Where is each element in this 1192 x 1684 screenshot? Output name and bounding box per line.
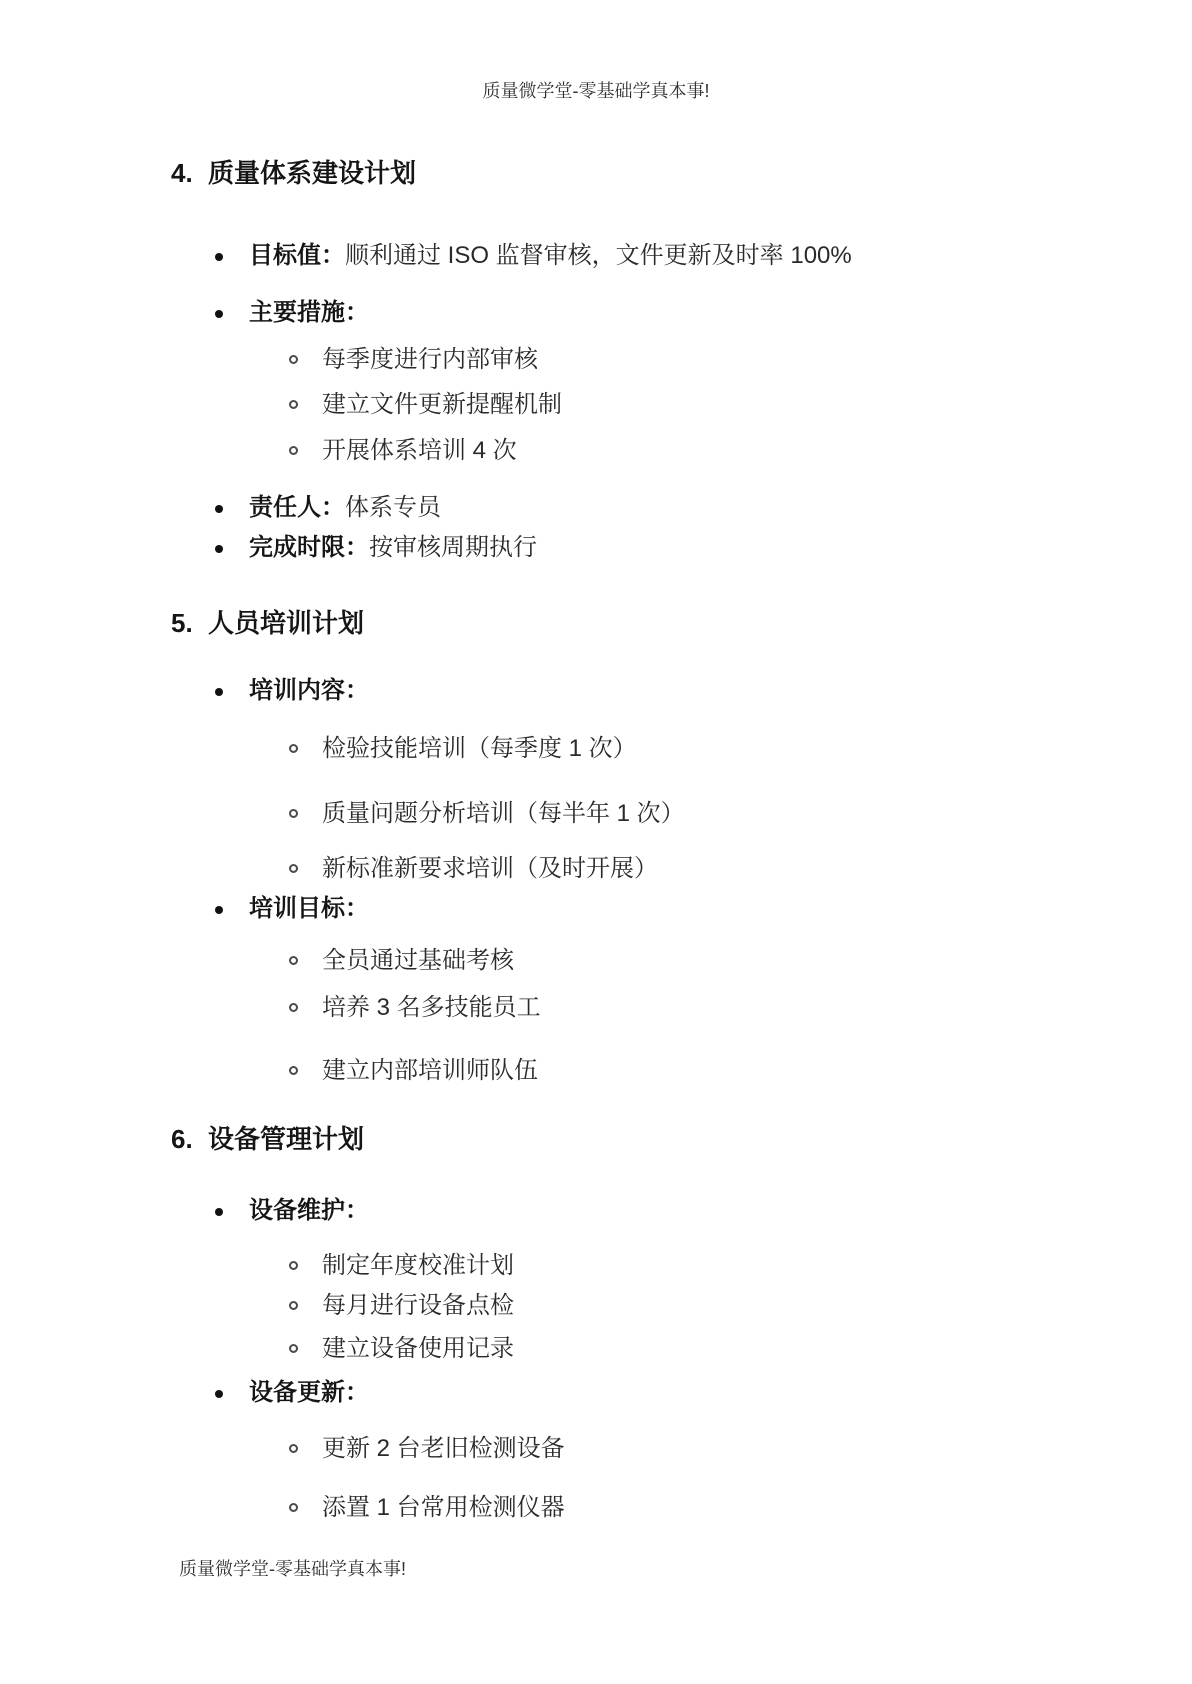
sub-bullet-item: 每季度进行内部审核 bbox=[289, 344, 538, 375]
section-4-number: 4. bbox=[171, 157, 208, 191]
sub-bullet-item: 建立设备使用记录 bbox=[289, 1333, 514, 1364]
document-footer: 质量微学堂-零基础学真本事! bbox=[179, 1559, 406, 1581]
sub-bullet-item: 建立内部培训师队伍 bbox=[289, 1055, 538, 1086]
sub-bullet-item: 开展体系培训 4 次 bbox=[289, 435, 517, 466]
bullet-item-target-value: 目标值：顺利通过 ISO 监督审核，文件更新及时率 100% bbox=[215, 240, 852, 271]
bullet-item-equipment-maintenance: 设备维护： bbox=[215, 1195, 369, 1226]
sub-bullet-item: 全员通过基础考核 bbox=[289, 945, 514, 976]
section-6-heading: 6.设备管理计划 bbox=[171, 1123, 364, 1157]
bullet-dot-icon bbox=[215, 1390, 223, 1398]
bullet-item-responsible: 责任人：体系专员 bbox=[215, 492, 441, 523]
sub-bullet-item: 质量问题分析培训（每半年 1 次） bbox=[289, 798, 685, 829]
bullet-dot-icon bbox=[215, 310, 223, 318]
circle-bullet-icon bbox=[289, 1066, 298, 1075]
circle-bullet-icon bbox=[289, 446, 298, 455]
circle-bullet-icon bbox=[289, 744, 298, 753]
bullet-dot-icon bbox=[215, 906, 223, 914]
sub-bullet-item: 建立文件更新提醒机制 bbox=[289, 389, 562, 420]
bullet-dot-icon bbox=[215, 545, 223, 553]
sub-bullet-item: 制定年度校准计划 bbox=[289, 1250, 514, 1281]
section-6-number: 6. bbox=[171, 1123, 208, 1157]
sub-bullet-item: 培养 3 名多技能员工 bbox=[289, 992, 541, 1023]
circle-bullet-icon bbox=[289, 1261, 298, 1270]
section-6-title: 设备管理计划 bbox=[208, 1124, 364, 1154]
bullet-item-training-goals: 培训目标： bbox=[215, 893, 369, 924]
sub-bullet-item: 更新 2 台老旧检测设备 bbox=[289, 1433, 565, 1464]
section-4-title: 质量体系建设计划 bbox=[208, 158, 416, 188]
circle-bullet-icon bbox=[289, 1444, 298, 1453]
bullet-dot-icon bbox=[215, 1208, 223, 1216]
bullet-dot-icon bbox=[215, 505, 223, 513]
circle-bullet-icon bbox=[289, 864, 298, 873]
circle-bullet-icon bbox=[289, 956, 298, 965]
section-5-title: 人员培训计划 bbox=[208, 608, 364, 638]
circle-bullet-icon bbox=[289, 809, 298, 818]
bullet-item-main-measures: 主要措施： bbox=[215, 297, 369, 328]
document-page: 质量微学堂-零基础学真本事! 4.质量体系建设计划 目标值：顺利通过 ISO 监… bbox=[0, 0, 1192, 1684]
bullet-item-equipment-update: 设备更新： bbox=[215, 1377, 369, 1408]
circle-bullet-icon bbox=[289, 400, 298, 409]
circle-bullet-icon bbox=[289, 1301, 298, 1310]
section-5-heading: 5.人员培训计划 bbox=[171, 607, 364, 641]
sub-bullet-item: 添置 1 台常用检测仪器 bbox=[289, 1492, 565, 1523]
bullet-dot-icon bbox=[215, 253, 223, 261]
bullet-dot-icon bbox=[215, 688, 223, 696]
circle-bullet-icon bbox=[289, 1344, 298, 1353]
bullet-item-training-content: 培训内容： bbox=[215, 675, 369, 706]
sub-bullet-item: 检验技能培训（每季度 1 次） bbox=[289, 733, 637, 764]
section-4-heading: 4.质量体系建设计划 bbox=[171, 157, 416, 191]
circle-bullet-icon bbox=[289, 355, 298, 364]
circle-bullet-icon bbox=[289, 1003, 298, 1012]
sub-bullet-item: 新标准新要求培训（及时开展） bbox=[289, 853, 658, 884]
document-header: 质量微学堂-零基础学真本事! bbox=[0, 81, 1192, 103]
bullet-item-deadline: 完成时限：按审核周期执行 bbox=[215, 532, 537, 563]
section-5-number: 5. bbox=[171, 607, 208, 641]
circle-bullet-icon bbox=[289, 1503, 298, 1512]
sub-bullet-item: 每月进行设备点检 bbox=[289, 1290, 514, 1321]
